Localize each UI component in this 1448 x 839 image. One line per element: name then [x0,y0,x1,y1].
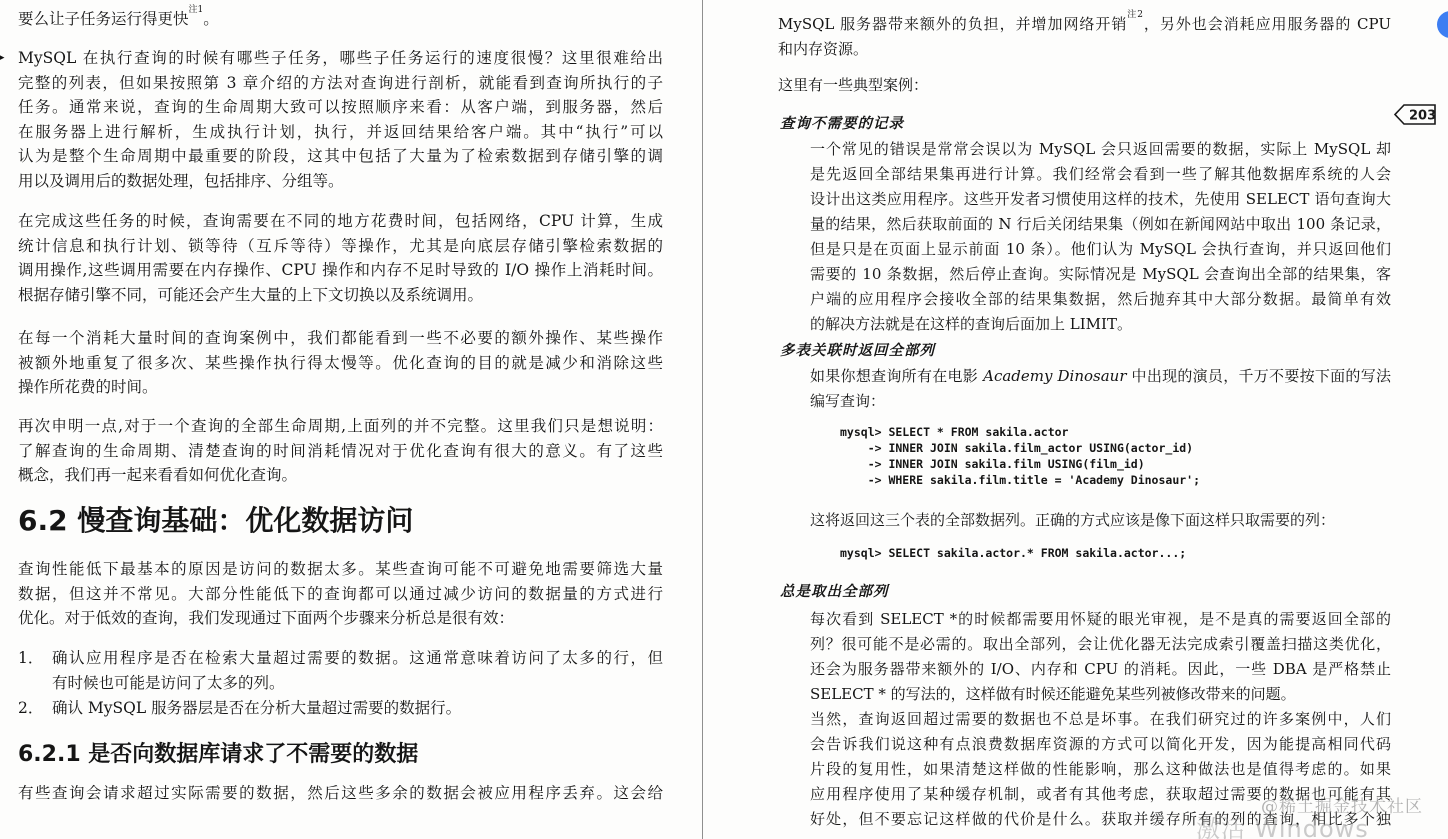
page-divider [702,0,703,839]
text-line: 要么让子任务运行得更快注1。 [18,4,663,32]
movie-title-emphasis: Academy Dinosaur [983,367,1126,385]
text-line: 统计信息和执行计划、锁等待（互斥等待）等操作，尤其是向底层存储引擎检索数据的 [18,234,663,259]
text-line: 当然，查询返回超过需要的数据也不总是坏事。在我们研究过的许多案例中，人们 [810,707,1391,732]
text-line: -> INNER JOIN sakila.film_actor USING(ac… [840,440,1200,456]
text-line: 但是只是在页面上显示前面 10 条）。他们认为 MySQL 会执行查询，并只返回… [810,237,1391,262]
footnote-ref-2: 注2 [1127,10,1143,20]
text-line: 被额外地重复了很多次、某些操作执行得太慢等。优化查询的目的就是减少和消除这些 [18,351,663,376]
text-line: mysql> SELECT sakila.actor.* FROM sakila… [840,545,1186,561]
text-line: 根据存储引擎不同，可能还会产生大量的上下文切换以及系统调用。 [18,283,663,308]
sql-code-block-actor-columns: mysql> SELECT sakila.actor.* FROM sakila… [840,545,1186,561]
text-run: 如果你想查询所有在电影 [810,367,983,385]
text-run: MySQL 服务器带来额外的负担，并增加网络开销 [778,15,1127,33]
text-line: 调用操作,这些调用需要在内存操作、CPU 操作和内存不足时导致的 I/O 操作上… [18,258,663,283]
text-line: 是先返回全部结果集再进行计算。我们经常会看到一些了解其他数据库系统的人会 [810,162,1391,187]
text-line: 有些查询会请求超过实际需要的数据，然后这些多余的数据会被应用程序丢弃。这会给 [18,781,663,806]
page-number-tag: 203 [1393,103,1437,127]
paragraph-server-burden: MySQL 服务器带来额外的负担，并增加网络开销注2，另外也会消耗应用服务器的 … [778,9,1391,62]
list-item-1: 确认应用程序是否在检索大量超过需要的数据。这通常意味着访问了太多的行，但有时候也… [52,646,663,695]
text-line: 片段的复用性，如果清楚这样做的性能影响，那么这种做法也是值得考虑的。如果 [810,757,1391,782]
text-line: 在完成这些任务的时候，查询需要在不同的地方花费时间，包括网络，CPU 计算，生成 [18,209,663,234]
text-line: -> INNER JOIN sakila.film USING(film_id) [840,456,1200,472]
footnote-ref-1: 注1 [189,5,204,15]
text-line: 每次看到 SELECT *的时候都需要用怀疑的眼光审视，是不是真的需要返回全部的 [810,607,1391,632]
book-spread: 要么让子任务运行得更快注1。 ▸ MySQL 在执行查询的时候有哪些子任务，哪些… [0,0,1448,839]
text-line: 查询性能低下最基本的原因是访问的数据太多。某些查询可能不可避免地需要筛选大量 [18,557,663,582]
paragraph-select-star-warning: 每次看到 SELECT *的时候都需要用怀疑的眼光审视，是不是真的需要返回全部的… [810,607,1391,707]
paragraph-data-access: 查询性能低下最基本的原因是访问的数据太多。某些查询可能不可避免地需要筛选大量数据… [18,557,663,631]
text-line: 概念，我们再一起来看看如何优化查询。 [18,463,663,488]
text-line: 需要的 10 条数据，然后停止查询。实际情况是 MySQL 会查询出全部的结果集… [810,262,1391,287]
text-line: 有时候也可能是访问了太多的列。 [52,671,663,696]
paragraph-unneeded-data: 有些查询会请求超过实际需要的数据，然后这些多余的数据会被应用程序丢弃。这会给 [18,781,663,806]
text-line: 编写查询： [810,389,1391,414]
activate-windows-watermark: 激活 Windows [1196,809,1369,839]
text-line: 量的结果，然后获取前面的 N 行后关闭结果集（例如在新闻网站中取出 100 条记… [810,212,1391,237]
text-line: mysql> SELECT * FROM sakila.actor [840,424,1200,440]
paragraph-academy-dinosaur: 如果你想查询所有在电影 Academy Dinosaur 中出现的演员，千万不要… [810,364,1391,414]
case-heading-unneeded-records: 查询不需要的记录 [780,112,904,133]
section-heading-6-2: 6.2 慢查询基础：优化数据访问 [18,504,413,538]
text-line: 任务。通常来说，查询的生命周期大致可以按照顺序来看：从客户端，到服务器，然后 [18,95,663,120]
page-number: 203 [1409,109,1436,124]
text-line: 确认应用程序是否在检索大量超过需要的数据。这通常意味着访问了太多的行，但 [52,646,663,671]
case-heading-select-all-columns: 总是取出全部列 [780,580,889,601]
text-line: 设计出这类应用程序。这些开发者习惯使用这样的技术，先使用 SELECT 语句查询… [810,187,1391,212]
paragraph-typical-cases: 这里有一些典型案例： [778,73,1391,98]
text-line: 完整的列表，但如果按照第 3 章介绍的方法对查询进行剖析，就能看到查询所执行的子 [18,71,663,96]
text-line: 在服务器上进行解析，生成执行计划，执行，并返回结果给客户端。其中“执行”可以 [18,120,663,145]
section-heading-6-2-1: 6.2.1 是否向数据库请求了不需要的数据 [18,742,418,768]
text-line: 的解决方法就是在这样的查询后面加上 LIMIT。 [810,312,1391,337]
list-item-2: 确认 MySQL 服务器层是否在分析大量超过需要的数据行。 [52,696,663,721]
text-line: MySQL 服务器带来额外的负担，并增加网络开销注2，另外也会消耗应用服务器的 … [778,9,1391,37]
text-line: 数据，但这并不常见。大部分性能低下的查询都可以通过减少访问的数据量的方式进行 [18,582,663,607]
paragraph-subtask-intro: 要么让子任务运行得更快注1。 [18,4,663,32]
paragraph-correct-way: 这将返回这三个表的全部数据列。正确的方式应该是像下面这样只取需要的列： [810,508,1423,533]
text-line: MySQL 在执行查询的时候有哪些子任务，哪些子任务运行的速度很慢？这里很难给出 [18,46,663,71]
text-line: 在每一个消耗大量时间的查询案例中，我们都能看到一些不必要的额外操作、某些操作 [18,326,663,351]
text-line: 用以及调用后的数据处理，包括排序、分组等。 [18,169,663,194]
list-number-2: 2． [18,696,43,721]
text-line: 确认 MySQL 服务器层是否在分析大量超过需要的数据行。 [52,696,663,721]
case-heading-multitable-columns: 多表关联时返回全部列 [780,339,935,360]
floating-badge-button[interactable]: L [1437,11,1448,38]
text-line: 户端的应用程序会接收全部的结果集数据，然后抛弃其中大部分数据。最简单有效 [810,287,1391,312]
text-run: 。 [203,10,219,28]
text-line: 再次申明一点,对于一个查询的全部生命周期,上面列的并不完整。这里我们只是想说明： [18,414,663,439]
text-line: 和内存资源。 [778,37,1391,62]
bullet-arrow-icon: ▸ [0,50,5,65]
text-line: SELECT * 的写法的，这样做有时候还能避免某些列被修改带来的问题。 [810,682,1391,707]
list-number-1: 1． [18,646,43,671]
paragraph-extra-operations: 在每一个消耗大量时间的查询案例中，我们都能看到一些不必要的额外操作、某些操作被额… [18,326,663,400]
text-line: 列？很可能不是必需的。取出全部列，会让优化器无法完成索引覆盖扫描这类优化， [810,632,1391,657]
paragraph-common-mistake: 一个常见的错误是常常会误以为 MySQL 会只返回需要的数据，实际上 MySQL… [810,137,1391,337]
text-run: 中出现的演员，千万不要按下面的写法 [1127,367,1392,385]
text-line: 还会为服务器带来额外的 I/O、内存和 CPU 的消耗。因此，一些 DBA 是严… [810,657,1391,682]
text-line: 如果你想查询所有在电影 Academy Dinosaur 中出现的演员，千万不要… [810,364,1391,389]
text-line: 一个常见的错误是常常会误以为 MySQL 会只返回需要的数据，实际上 MySQL… [810,137,1391,162]
paragraph-time-spent: 在完成这些任务的时候，查询需要在不同的地方花费时间，包括网络，CPU 计算，生成… [18,209,663,307]
text-line: 操作所花费的时间。 [18,375,663,400]
bullet-paragraph-mysql-subtasks: MySQL 在执行查询的时候有哪些子任务，哪些子任务运行的速度很慢？这里很难给出… [18,46,663,194]
text-line: 了解查询的生命周期、清楚查询的时间消耗情况对于优化查询有很大的意义。有了这些 [18,439,663,464]
text-line: 认为是整个生命周期中最重要的阶段，这其中包括了大量为了检索数据到存储引擎的调 [18,144,663,169]
text-line: -> WHERE sakila.film.title = 'Academy Di… [840,472,1200,488]
text-run: ，另外也会消耗应用服务器的 CPU [1143,15,1391,33]
sql-code-block-join-query: mysql> SELECT * FROM sakila.actor -> INN… [840,424,1200,488]
text-line: 会告诉我们说这种有点浪费数据库资源的方式可以简化开发，因为能提高相同代码 [810,732,1391,757]
paragraph-restatement: 再次申明一点,对于一个查询的全部生命周期,上面列的并不完整。这里我们只是想说明：… [18,414,663,488]
text-run: 要么让子任务运行得更快 [18,10,189,28]
text-line: 优化。对于低效的查询，我们发现通过下面两个步骤来分析总是很有效： [18,606,663,631]
